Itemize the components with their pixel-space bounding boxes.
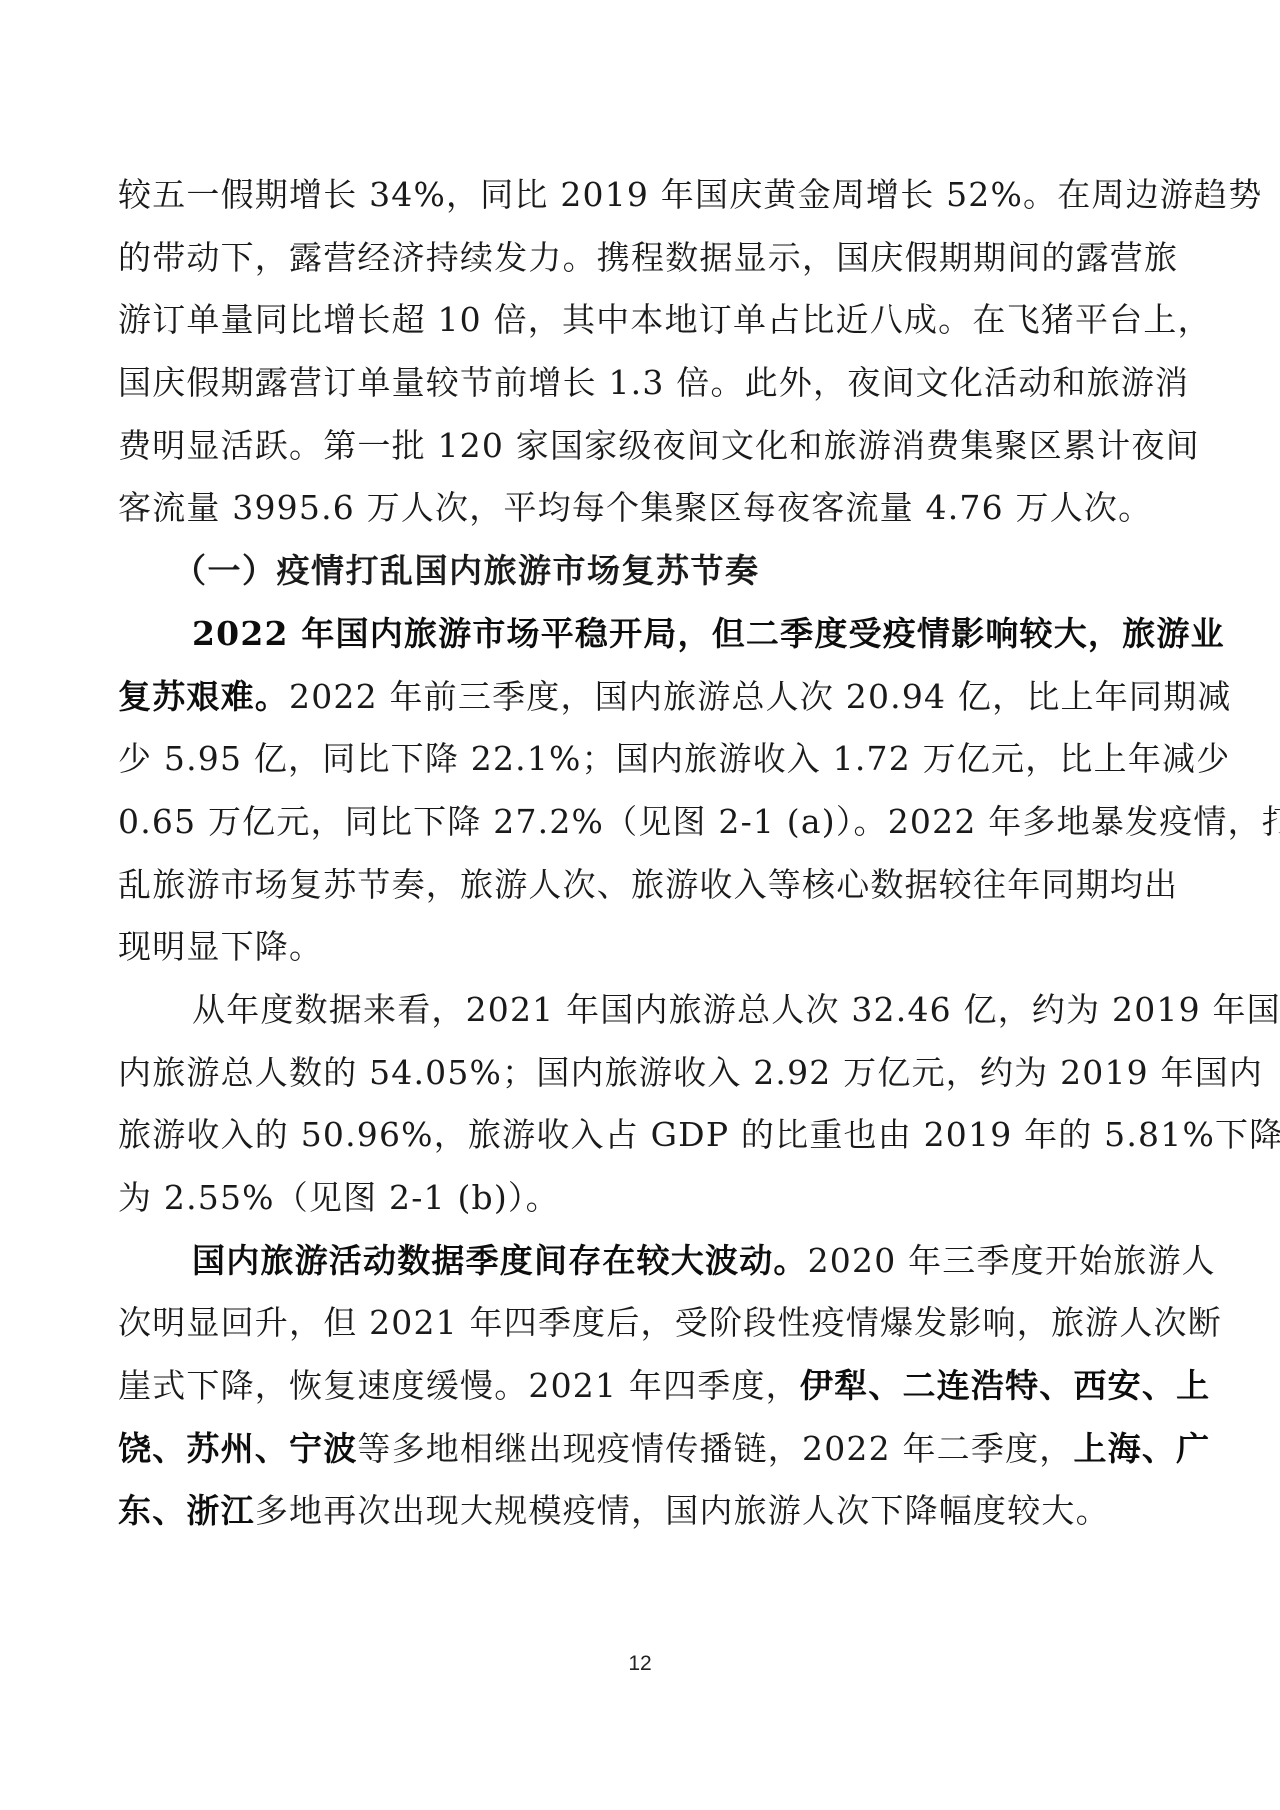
text-line: 复苏艰难。2022 年前三季度，国内旅游总人次 20.94 亿，比上年同期减 <box>118 666 1162 729</box>
body-text: 多地再次出现大规模疫情，国内旅游人次下降幅度较大。 <box>255 1491 1110 1530</box>
text-line: 内旅游总人数的 54.05%；国内旅游收入 2.92 万亿元，约为 2019 年… <box>118 1042 1162 1105</box>
text-line: 费明显活跃。第一批 120 家国家级夜间文化和旅游消费集聚区累计夜间 <box>118 415 1162 478</box>
paragraph-annual-data: 从年度数据来看，2021 年国内旅游总人次 32.46 亿，约为 2019 年国… <box>118 979 1162 1230</box>
text-line: 客流量 3995.6 万人次，平均每个集聚区每夜客流量 4.76 万人次。 <box>118 477 1162 540</box>
text-line: 崖式下降，恢复速度缓慢。2021 年四季度，伊犁、二连浩特、西安、上 <box>118 1355 1162 1418</box>
paragraph-domestic-market-2022: 2022 年国内旅游市场平稳开局，但二季度受疫情影响较大，旅游业 复苏艰难。20… <box>118 603 1162 979</box>
text-line: 0.65 万亿元，同比下降 27.2%（见图 2-1 (a)）。2022 年多地… <box>118 791 1162 854</box>
text-line: 少 5.95 亿，同比下降 22.1%；国内旅游收入 1.72 万亿元，比上年减… <box>118 728 1162 791</box>
bold-place-names: 伊犁、二连浩特、西安、上 <box>800 1366 1210 1405</box>
text-line: 游订单量同比增长超 10 倍，其中本地订单占比近八成。在飞猪平台上， <box>118 289 1162 352</box>
bold-place-names: 东、浙江 <box>118 1491 255 1530</box>
text-line: 2022 年国内旅游市场平稳开局，但二季度受疫情影响较大，旅游业 <box>118 603 1162 666</box>
text-line: 乱旅游市场复苏节奏，旅游人次、旅游收入等核心数据较往年同期均出 <box>118 854 1162 917</box>
bold-place-names: 上海、广 <box>1073 1429 1210 1468</box>
body-text: 2020 年三季度开始旅游人 <box>808 1241 1216 1280</box>
text-line: 较五一假期增长 34%，同比 2019 年国庆黄金周增长 52%。在周边游趋势 <box>118 164 1162 227</box>
text-line: 饶、苏州、宁波等多地相继出现疫情传播链，2022 年二季度，上海、广 <box>118 1418 1162 1481</box>
bold-lead-text: 2022 年国内旅游市场平稳开局，但二季度受疫情影响较大，旅游业 <box>192 614 1225 653</box>
bold-lead-text: 复苏艰难。 <box>118 677 289 716</box>
text-line: 的带动下，露营经济持续发力。携程数据显示，国庆假期期间的露营旅 <box>118 227 1162 290</box>
page-number: 12 <box>0 1652 1280 1676</box>
text-line: 从年度数据来看，2021 年国内旅游总人次 32.46 亿，约为 2019 年国 <box>118 979 1162 1042</box>
text-line: 东、浙江多地再次出现大规模疫情，国内旅游人次下降幅度较大。 <box>118 1480 1162 1543</box>
text-line: 国庆假期露营订单量较节前增长 1.3 倍。此外，夜间文化活动和旅游消 <box>118 352 1162 415</box>
document-page: 较五一假期增长 34%，同比 2019 年国庆黄金周增长 52%。在周边游趋势 … <box>118 164 1162 1543</box>
paragraph-quarterly-fluctuation: 国内旅游活动数据季度间存在较大波动。2020 年三季度开始旅游人 次明显回升，但… <box>118 1230 1162 1543</box>
section-heading: （一）疫情打乱国内旅游市场复苏节奏 <box>118 540 1162 603</box>
text-line: 国内旅游活动数据季度间存在较大波动。2020 年三季度开始旅游人 <box>118 1230 1162 1293</box>
text-line: 为 2.55%（见图 2-1 (b)）。 <box>118 1167 1162 1230</box>
text-line: 旅游收入的 50.96%，旅游收入占 GDP 的比重也由 2019 年的 5.8… <box>118 1104 1162 1167</box>
body-text: 等多地相继出现疫情传播链，2022 年二季度， <box>357 1429 1073 1468</box>
bold-lead-text: 国内旅游活动数据季度间存在较大波动。 <box>192 1241 808 1280</box>
text-line: 现明显下降。 <box>118 916 1162 979</box>
paragraph-continuation: 较五一假期增长 34%，同比 2019 年国庆黄金周增长 52%。在周边游趋势 … <box>118 164 1162 540</box>
body-text: 2022 年前三季度，国内旅游总人次 20.94 亿，比上年同期减 <box>289 677 1232 716</box>
text-line: 次明显回升，但 2021 年四季度后，受阶段性疫情爆发影响，旅游人次断 <box>118 1292 1162 1355</box>
bold-place-names: 饶、苏州、宁波 <box>118 1429 357 1468</box>
body-text: 崖式下降，恢复速度缓慢。2021 年四季度， <box>118 1366 800 1405</box>
